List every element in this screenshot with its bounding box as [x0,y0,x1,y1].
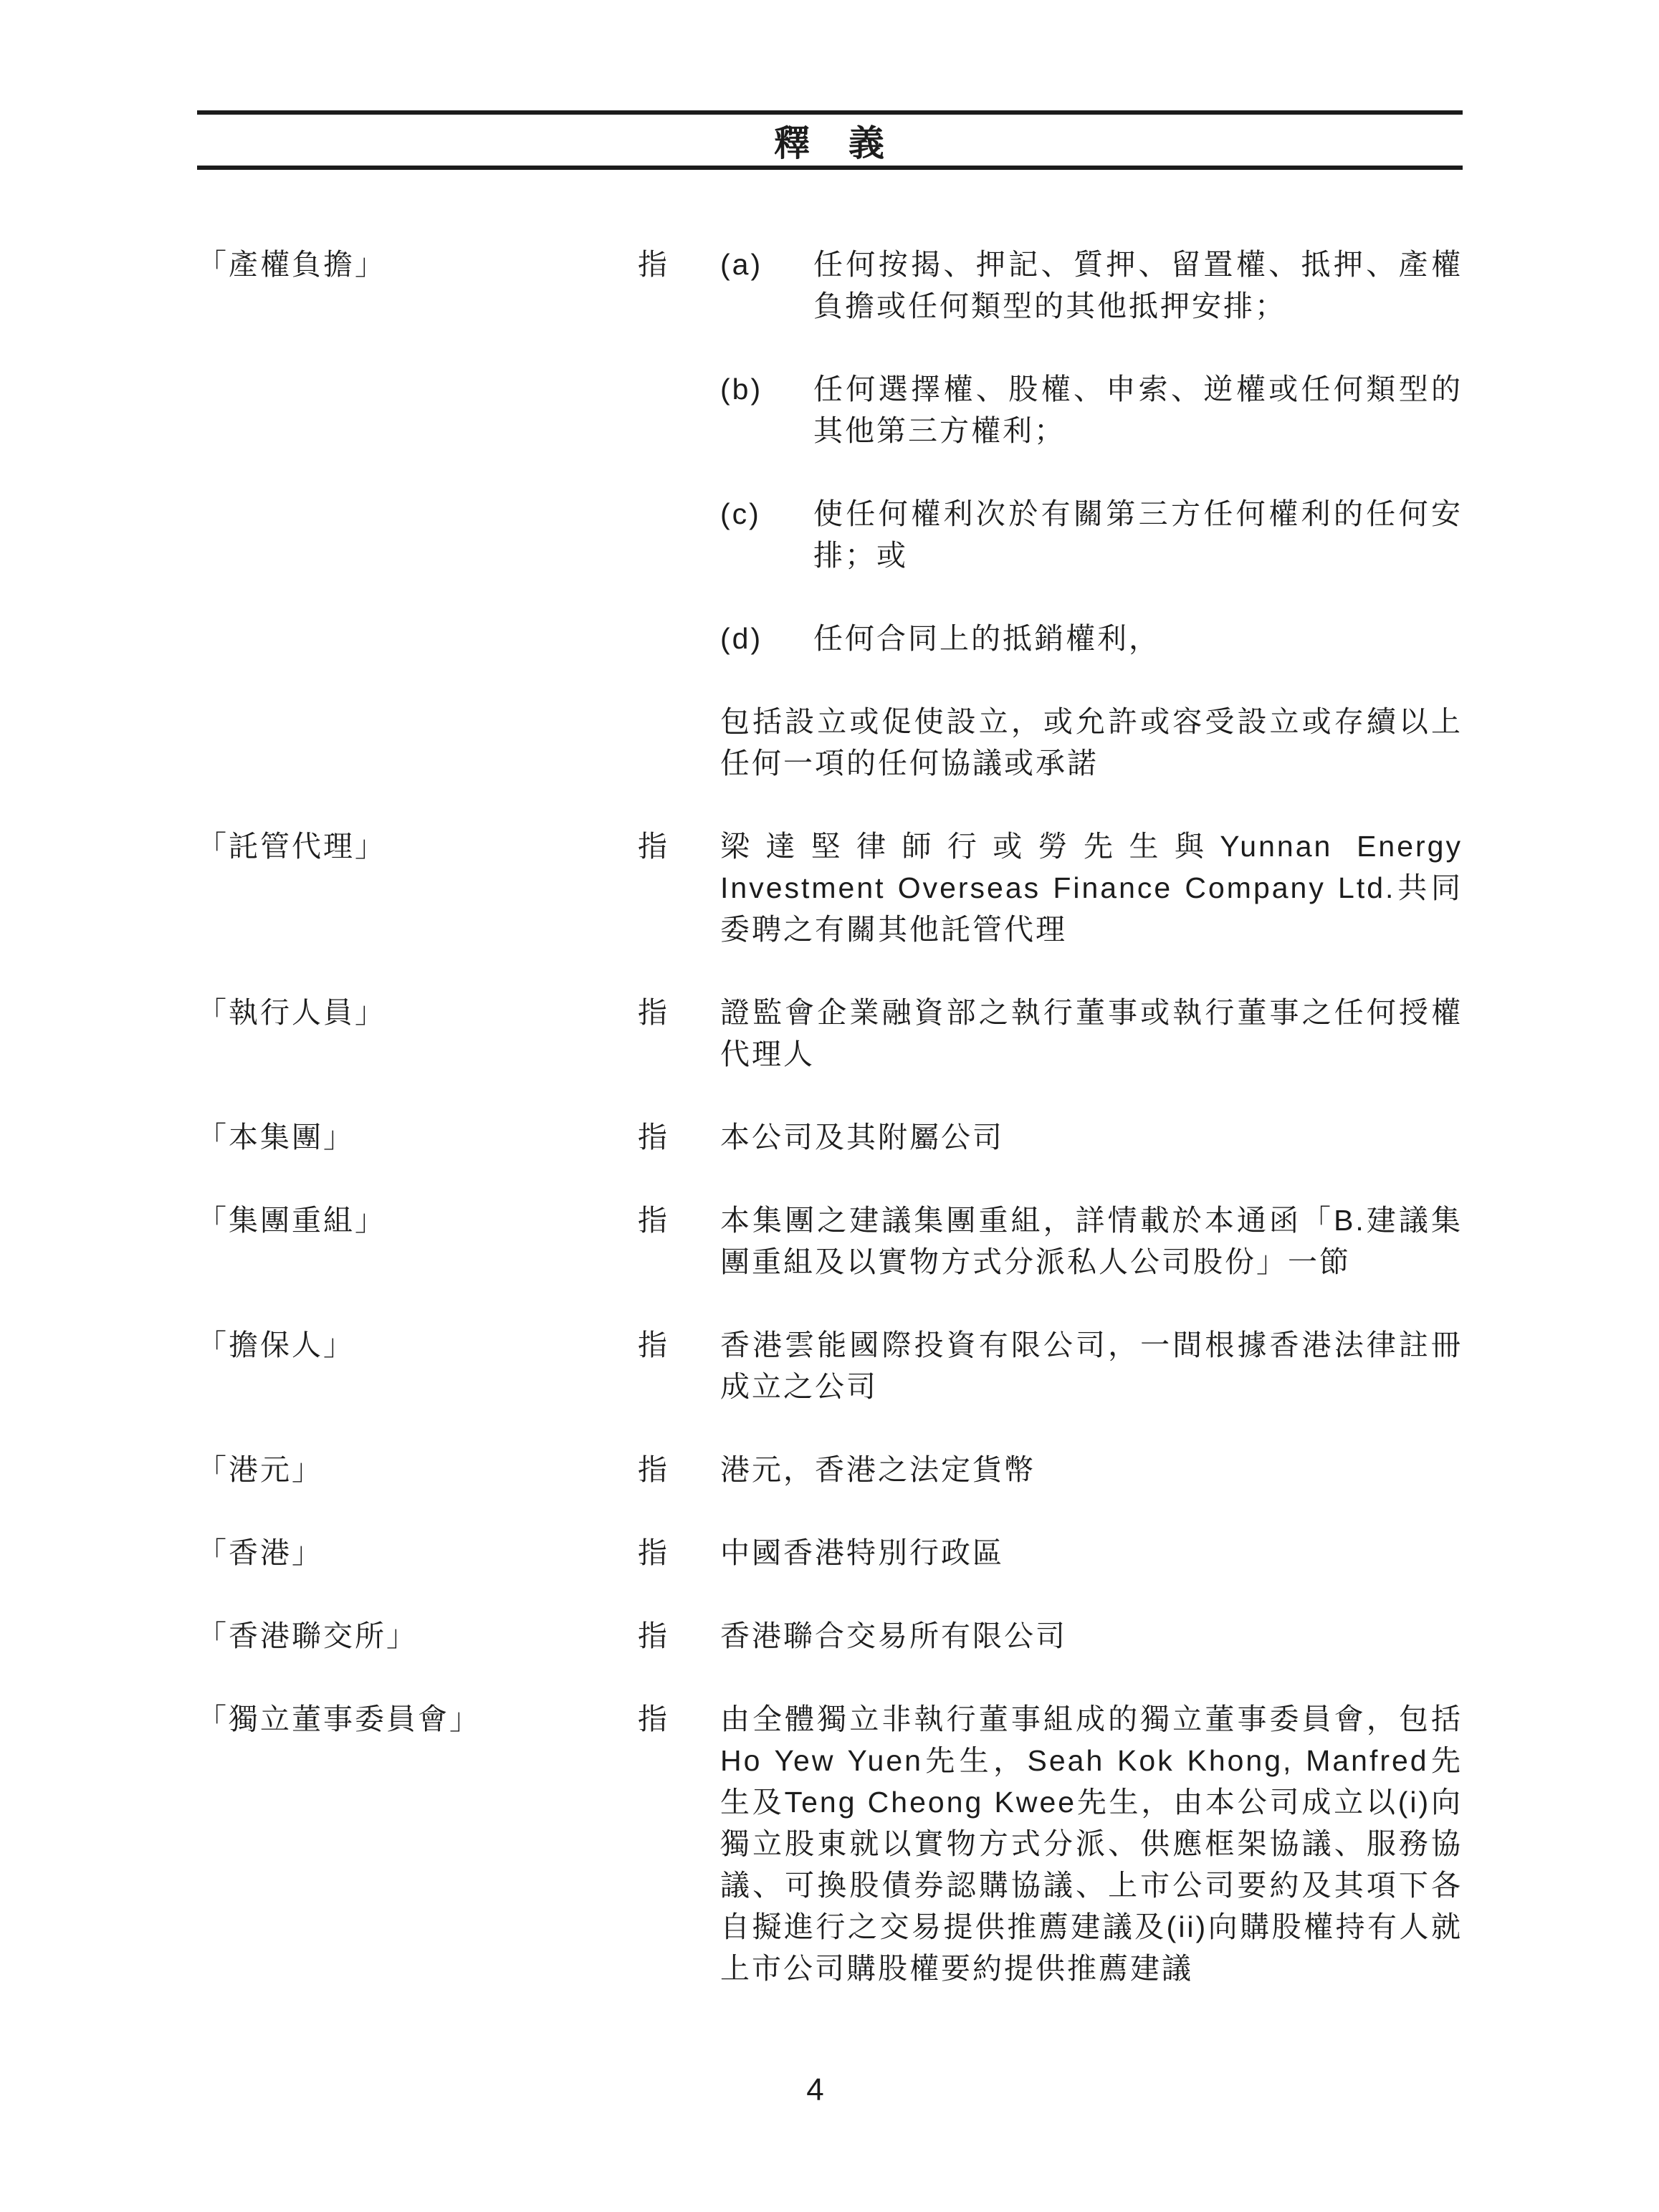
definition-term: 「託管代理」 [197,825,638,950]
definition-entry: 「執行人員」 指 證監會企業融資部之執行董事或執行董事之任何授權代理人 [197,992,1463,1075]
definition-sub-item: (b) 任何選擇權、股權、申索、逆權或任何類型的其他第三方權利； [720,368,1463,451]
means-indicator: 指 [638,1200,720,1283]
definition-term: 「產權負擔」 [197,244,638,784]
sub-item-label: (d) [720,618,813,659]
definition-body: (a) 任何按揭、押記、質押、留置權、抵押、產權負擔或任何類型的其他抵押安排； … [720,244,1463,784]
definition-term: 「獨立董事委員會」 [197,1698,638,1989]
definition-term: 「擔保人」 [197,1324,638,1407]
definition-entry: 「託管代理」 指 梁達堅律師行或勞先生與Yunnan Energy Invest… [197,825,1463,950]
definition-body: 中國香港特別行政區 [720,1532,1463,1574]
definition-text: 本集團之建議集團重組，詳情載於本通函「B.建議集團重組及以實物方式分派私人公司股… [720,1200,1463,1283]
sub-item-label: (b) [720,368,813,451]
definition-text: 香港聯合交易所有限公司 [720,1615,1463,1657]
sub-item-text: 任何按揭、押記、質押、留置權、抵押、產權負擔或任何類型的其他抵押安排； [813,244,1463,327]
means-indicator: 指 [638,1116,720,1158]
definition-term: 「集團重組」 [197,1200,638,1283]
definition-entry: 「集團重組」 指 本集團之建議集團重組，詳情載於本通函「B.建議集團重組及以實物… [197,1200,1463,1283]
means-indicator: 指 [638,1449,720,1490]
page-content: 釋 義 「產權負擔」 指 (a) 任何按揭、押記、質押、留置權、抵押、產權負擔或… [197,110,1463,1989]
definition-body: 本公司及其附屬公司 [720,1116,1463,1158]
means-indicator: 指 [638,1615,720,1657]
sub-item-label: (a) [720,244,813,327]
definition-text: 中國香港特別行政區 [720,1532,1463,1574]
definitions-list: 「產權負擔」 指 (a) 任何按揭、押記、質押、留置權、抵押、產權負擔或任何類型… [197,244,1463,1989]
definition-body: 香港雲能國際投資有限公司，一間根據香港法律註冊成立之公司 [720,1324,1463,1407]
definition-text: 港元，香港之法定貨幣 [720,1449,1463,1490]
page-number: 4 [0,2069,1630,2111]
definition-sub-item: (c) 使任何權利次於有關第三方任何權利的任何安排；或 [720,493,1463,576]
definition-term: 「執行人員」 [197,992,638,1075]
sub-item-text: 任何合同上的抵銷權利， [813,618,1463,659]
definition-entry: 「香港」 指 中國香港特別行政區 [197,1532,1463,1574]
definition-body: 梁達堅律師行或勞先生與Yunnan Energy Investment Over… [720,825,1463,950]
means-indicator: 指 [638,1698,720,1989]
definition-closing-text: 包括設立或促使設立，或允許或容受設立或存續以上任何一項的任何協議或承諾 [720,701,1463,784]
definition-text: 證監會企業融資部之執行董事或執行董事之任何授權代理人 [720,992,1463,1075]
document-page: 釋 義 「產權負擔」 指 (a) 任何按揭、押記、質押、留置權、抵押、產權負擔或… [0,0,1659,2212]
definition-entry: 「產權負擔」 指 (a) 任何按揭、押記、質押、留置權、抵押、產權負擔或任何類型… [197,244,1463,784]
definition-sub-item: (a) 任何按揭、押記、質押、留置權、抵押、產權負擔或任何類型的其他抵押安排； [720,244,1463,327]
definition-term: 「本集團」 [197,1116,638,1158]
definition-text: 本公司及其附屬公司 [720,1116,1463,1158]
means-indicator: 指 [638,825,720,950]
means-indicator: 指 [638,992,720,1075]
definition-text: 梁達堅律師行或勞先生與Yunnan Energy Investment Over… [720,825,1463,950]
definition-body: 香港聯合交易所有限公司 [720,1615,1463,1657]
definition-text: 由全體獨立非執行董事組成的獨立董事委員會，包括Ho Yew Yuen先生，Sea… [720,1698,1463,1989]
sub-item-text: 任何選擇權、股權、申索、逆權或任何類型的其他第三方權利； [813,368,1463,451]
definition-body: 港元，香港之法定貨幣 [720,1449,1463,1490]
definition-sub-item: (d) 任何合同上的抵銷權利， [720,618,1463,659]
definition-text: 香港雲能國際投資有限公司，一間根據香港法律註冊成立之公司 [720,1324,1463,1407]
definition-entry: 「獨立董事委員會」 指 由全體獨立非執行董事組成的獨立董事委員會，包括Ho Ye… [197,1698,1463,1989]
definition-entry: 「擔保人」 指 香港雲能國際投資有限公司，一間根據香港法律註冊成立之公司 [197,1324,1463,1407]
definition-term: 「香港」 [197,1532,638,1574]
means-indicator: 指 [638,1324,720,1407]
definition-term: 「港元」 [197,1449,638,1490]
definition-entry: 「本集團」 指 本公司及其附屬公司 [197,1116,1463,1158]
definition-entry: 「港元」 指 港元，香港之法定貨幣 [197,1449,1463,1490]
definition-entry: 「香港聯交所」 指 香港聯合交易所有限公司 [197,1615,1463,1657]
title-rule-bottom [197,166,1463,170]
means-indicator: 指 [638,1532,720,1574]
page-title: 釋 義 [197,115,1463,166]
definition-body: 本集團之建議集團重組，詳情載於本通函「B.建議集團重組及以實物方式分派私人公司股… [720,1200,1463,1283]
sub-item-label: (c) [720,493,813,576]
means-indicator: 指 [638,244,720,784]
definition-body: 證監會企業融資部之執行董事或執行董事之任何授權代理人 [720,992,1463,1075]
sub-item-text: 使任何權利次於有關第三方任何權利的任何安排；或 [813,493,1463,576]
definition-body: 由全體獨立非執行董事組成的獨立董事委員會，包括Ho Yew Yuen先生，Sea… [720,1698,1463,1989]
definition-term: 「香港聯交所」 [197,1615,638,1657]
